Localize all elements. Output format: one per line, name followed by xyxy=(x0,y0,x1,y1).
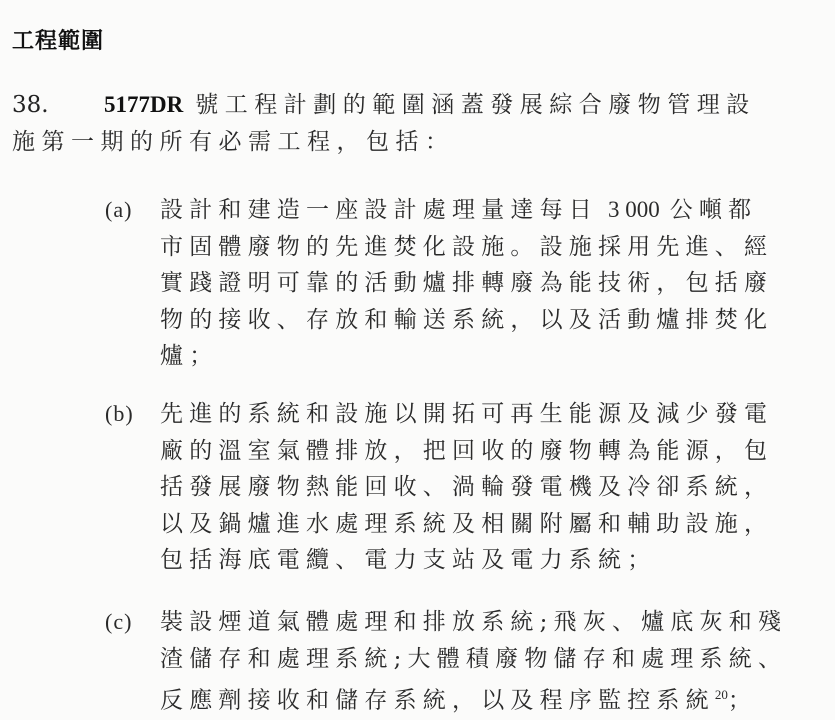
paragraph-number: 38. xyxy=(12,87,104,124)
item-line: 先進的系統和設施以開拓可再生能源及減少發電 xyxy=(160,396,815,433)
item-line: 實踐證明可靠的活動爐排轉廢為能技術，包括廢 xyxy=(160,265,815,302)
paragraph-38: 38.5177DR號工程計劃的範圍涵蓋發展綜合廢物管理設 施第一期的所有必需工程… xyxy=(12,86,812,161)
item-line: 包括海底電纜、電力支站及電力系統； xyxy=(160,542,815,579)
list-item-b: (b) 先進的系統和設施以開拓可再生能源及減少發電 廠的溫室氣體排放，把回收的廢… xyxy=(105,396,815,579)
item-line: 廠的溫室氣體排放，把回收的廢物轉為能源，包 xyxy=(160,433,815,470)
item-line: 市固體廢物的先進焚化設施。設施採用先進、經 xyxy=(160,229,815,266)
capacity-value: 3 000 xyxy=(608,197,660,222)
line-text: 設計和建造一座設計處理量達每日 xyxy=(160,197,598,223)
item-label: (b) xyxy=(105,396,155,433)
section-title: 工程範圍 xyxy=(12,24,104,55)
paragraph-line-1: 38.5177DR號工程計劃的範圍涵蓋發展綜合廢物管理設 xyxy=(12,86,812,124)
list-item-a: (a) 設計和建造一座設計處理量達每日3 000公噸都 市固體廢物的先進焚化設施… xyxy=(105,192,815,375)
paragraph-line-2: 施第一期的所有必需工程，包括： xyxy=(12,124,812,161)
item-line: 爐； xyxy=(160,338,815,375)
item-line: 以及鍋爐進水處理系統及相關附屬和輔助設施， xyxy=(160,506,815,543)
item-body: 先進的系統和設施以開拓可再生能源及減少發電 廠的溫室氣體排放，把回收的廢物轉為能… xyxy=(160,396,815,579)
item-label: (a) xyxy=(105,192,155,229)
item-body: 設計和建造一座設計處理量達每日3 000公噸都 市固體廢物的先進焚化設施。設施採… xyxy=(160,192,815,375)
item-line: 物的接收、存放和輸送系統，以及活動爐排焚化 xyxy=(160,302,815,339)
item-label: (c) xyxy=(105,604,155,641)
item-line: 反應劑接收和儲存系統，以及程序監控系統20； xyxy=(160,677,815,719)
item-line: 括發展廢物熱能回收、渦輪發電機及冷卻系統， xyxy=(160,469,815,506)
footnote-ref[interactable]: 20 xyxy=(715,687,728,702)
paragraph-text: 號工程計劃的範圍涵蓋發展綜合廢物管理設 xyxy=(195,92,756,118)
line-text: ； xyxy=(728,688,757,714)
item-line: 裝設煙道氣體處理和排放系統;飛灰、爐底灰和殘 xyxy=(160,604,815,641)
project-code: 5177DR xyxy=(104,92,183,117)
list-item-c: (c) 裝設煙道氣體處理和排放系統;飛灰、爐底灰和殘 渣儲存和處理系統;大體積廢… xyxy=(105,604,815,719)
item-line: 設計和建造一座設計處理量達每日3 000公噸都 xyxy=(160,192,815,229)
line-text: 反應劑接收和儲存系統，以及程序監控系統 xyxy=(160,688,715,714)
line-text: 公噸都 xyxy=(670,197,758,223)
item-line: 渣儲存和處理系統;大體積廢物儲存和處理系統、 xyxy=(160,641,815,678)
item-body: 裝設煙道氣體處理和排放系統;飛灰、爐底灰和殘 渣儲存和處理系統;大體積廢物儲存和… xyxy=(160,604,815,719)
